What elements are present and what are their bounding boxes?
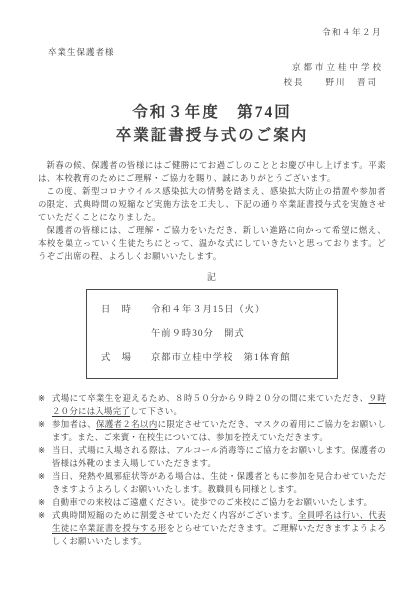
note-marker-icon: ※ — [38, 392, 45, 405]
document-title: 令和３年度 第74回卒業証書授与式のご案内 — [38, 101, 386, 147]
note-text: 式典時間短縮のために割愛させていただく内容がございます。 — [52, 511, 298, 520]
note-text: 自動車での来校はご遠慮ください。徒歩でのご来校にご協力をお願いいたします。 — [52, 498, 372, 507]
detail-label-empty — [101, 322, 141, 346]
record-label: 記 — [38, 270, 386, 283]
principal-name: 校長 野川 晋司 — [38, 76, 386, 88]
detail-row-time: 午前９時30分 開式 — [101, 322, 329, 346]
note-text: 参加者は、 — [52, 420, 96, 429]
note-text-underlined: 保護者２名以内 — [96, 420, 158, 429]
note-item-entry-time: ※式場にて卒業生を迎えるため、８時５０分から９時２０分の間に来ていただき、９時２… — [38, 392, 386, 418]
note-item-no-cars: ※自動車での来校はご遠慮ください。徒歩でのご来校にご協力をお願いいたします。 — [38, 496, 386, 509]
notes-list: ※式場にて卒業生を迎えるため、８時５０分から９時２０分の間に来ていただき、９時２… — [38, 392, 386, 548]
detail-value-venue: 京都市立桂中学校 第1体育館 — [151, 346, 291, 370]
paragraph-covid-measures: この度、新型コロナウイルス感染拡大の情勢を踏まえ、感染拡大防止の措置や参加者の限… — [38, 185, 386, 224]
title-line-2: 卒業証書授与式のご案内 — [116, 127, 309, 144]
paragraph-request-attendance: 保護者の皆様には、ご理解・ご協力をいただき、新しい進路に向かって希望に燃え、本校… — [38, 224, 386, 263]
school-name: 京都市立桂中学校 — [38, 61, 386, 73]
detail-label-venue: 式 場 — [101, 346, 141, 370]
note-item-attendee-limit: ※参加者は、保護者２名以内に限定させていただき、マスクの着用にご協力をお願いしま… — [38, 418, 386, 444]
note-marker-icon: ※ — [38, 418, 45, 431]
document-page: 令和４年２月 卒業生保護者様 京都市立桂中学校 校長 野川 晋司 令和３年度 第… — [0, 0, 420, 594]
paragraph-greeting: 新春の候、保護者の皆様にはご健勝にてお過ごしのこととお慶び申し上げます。平素は、… — [38, 159, 386, 185]
note-marker-icon: ※ — [38, 470, 45, 483]
detail-value-time: 午前９時30分 開式 — [151, 322, 245, 346]
note-item-fever: ※当日、発熱や風邪症状等がある場合は、生徒・保護者ともに参加を見合わせていただき… — [38, 470, 386, 496]
note-text: して下さい。 — [130, 407, 182, 416]
note-item-shortened-program: ※式典時間短縮のために割愛させていただく内容がございます。全員呼名は行い、代表生… — [38, 509, 386, 548]
note-marker-icon: ※ — [38, 509, 45, 522]
note-text: 当日、式場に入場される際は、アルコール消毒等にご協力をお願いします。保護者の皆様… — [52, 446, 386, 468]
detail-value-date: 令和４年３月15日（火） — [151, 298, 265, 322]
note-item-disinfection: ※当日、式場に入場される際は、アルコール消毒等にご協力をお願いします。保護者の皆… — [38, 444, 386, 470]
detail-row-datetime: 日 時 令和４年３月15日（火） — [101, 298, 329, 322]
note-marker-icon: ※ — [38, 444, 45, 457]
issue-date: 令和４年２月 — [38, 26, 386, 38]
title-line-1: 令和３年度 第74回 — [132, 104, 292, 121]
note-text: 当日、発熱や風邪症状等がある場合は、生徒・保護者ともに参加を見合わせていただきま… — [52, 472, 386, 494]
recipient-line: 卒業生保護者様 — [48, 46, 386, 58]
note-marker-icon: ※ — [38, 496, 45, 509]
detail-row-venue: 式 場 京都市立桂中学校 第1体育館 — [101, 346, 329, 370]
detail-label-datetime: 日 時 — [101, 298, 141, 322]
body-text: 新春の候、保護者の皆様にはご健勝にてお過ごしのこととお慶び申し上げます。平素は、… — [38, 159, 386, 263]
ceremony-details-box: 日 時 令和４年３月15日（火） 午前９時30分 開式 式 場 京都市立桂中学校… — [86, 289, 338, 379]
note-text: 式場にて卒業生を迎えるため、８時５０分から９時２０分の間に来ていただき、 — [52, 394, 369, 403]
